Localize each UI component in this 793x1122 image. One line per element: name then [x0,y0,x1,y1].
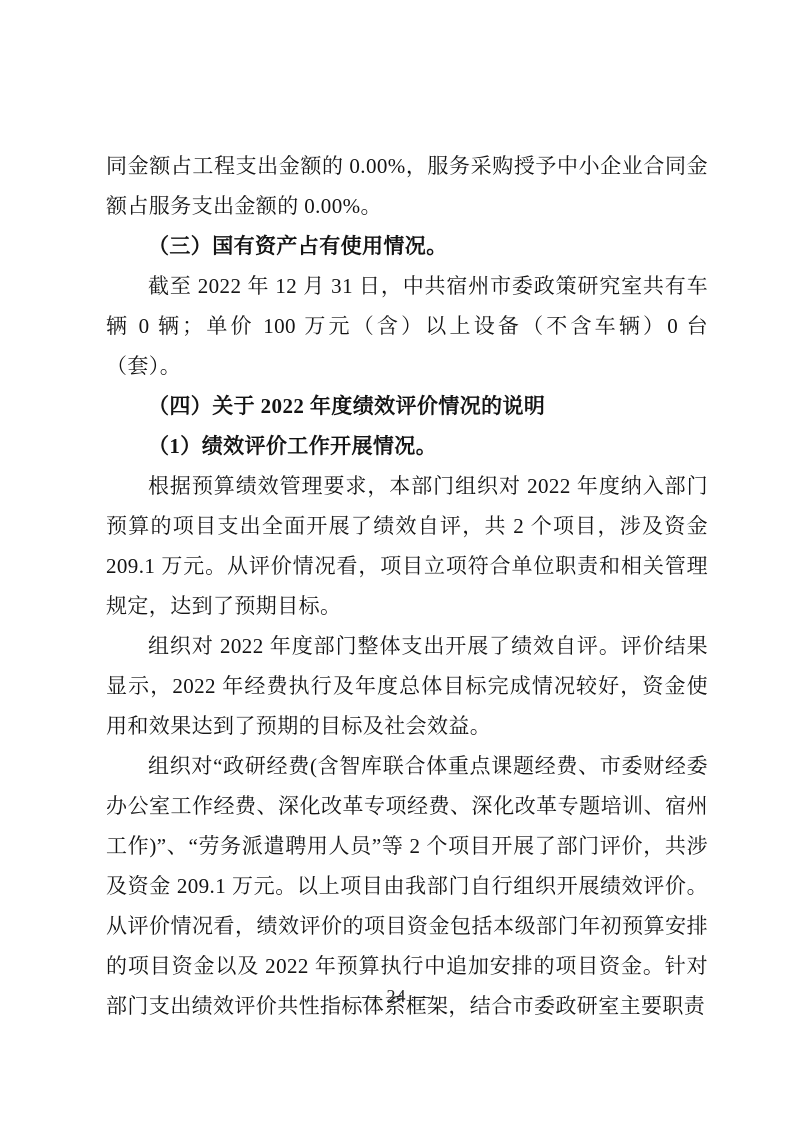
section-heading-state-assets: （三）国有资产占有使用情况。 [106,226,708,266]
page-content: 同金额占工程支出金额的 0.00%，服务采购授予中小企业合同金额占服务支出金额的… [106,146,708,1026]
subsection-heading-evaluation-work: （1）绩效评价工作开展情况。 [106,426,708,466]
paragraph-vehicles-equipment: 截至 2022 年 12 月 31 日，中共宿州市委政策研究室共有车辆 0 辆；… [106,266,708,386]
paragraph-project-self-evaluation: 根据预算绩效管理要求，本部门组织对 2022 年度纳入部门预算的项目支出全面开展… [106,466,708,626]
document-page: 同金额占工程支出金额的 0.00%，服务采购授予中小企业合同金额占服务支出金额的… [0,0,793,1122]
section-heading-performance-evaluation: （四）关于 2022 年度绩效评价情况的说明 [106,386,708,426]
page-number: — 24 — [0,986,793,1007]
paragraph-continued-procurement: 同金额占工程支出金额的 0.00%，服务采购授予中小企业合同金额占服务支出金额的… [106,146,708,226]
paragraph-overall-expenditure-evaluation: 组织对 2022 年度部门整体支出开展了绩效自评。评价结果显示，2022 年经费… [106,626,708,746]
paragraph-department-evaluation-projects: 组织对“政研经费(含智库联合体重点课题经费、市委财经委办公室工作经费、深化改革专… [106,746,708,1026]
